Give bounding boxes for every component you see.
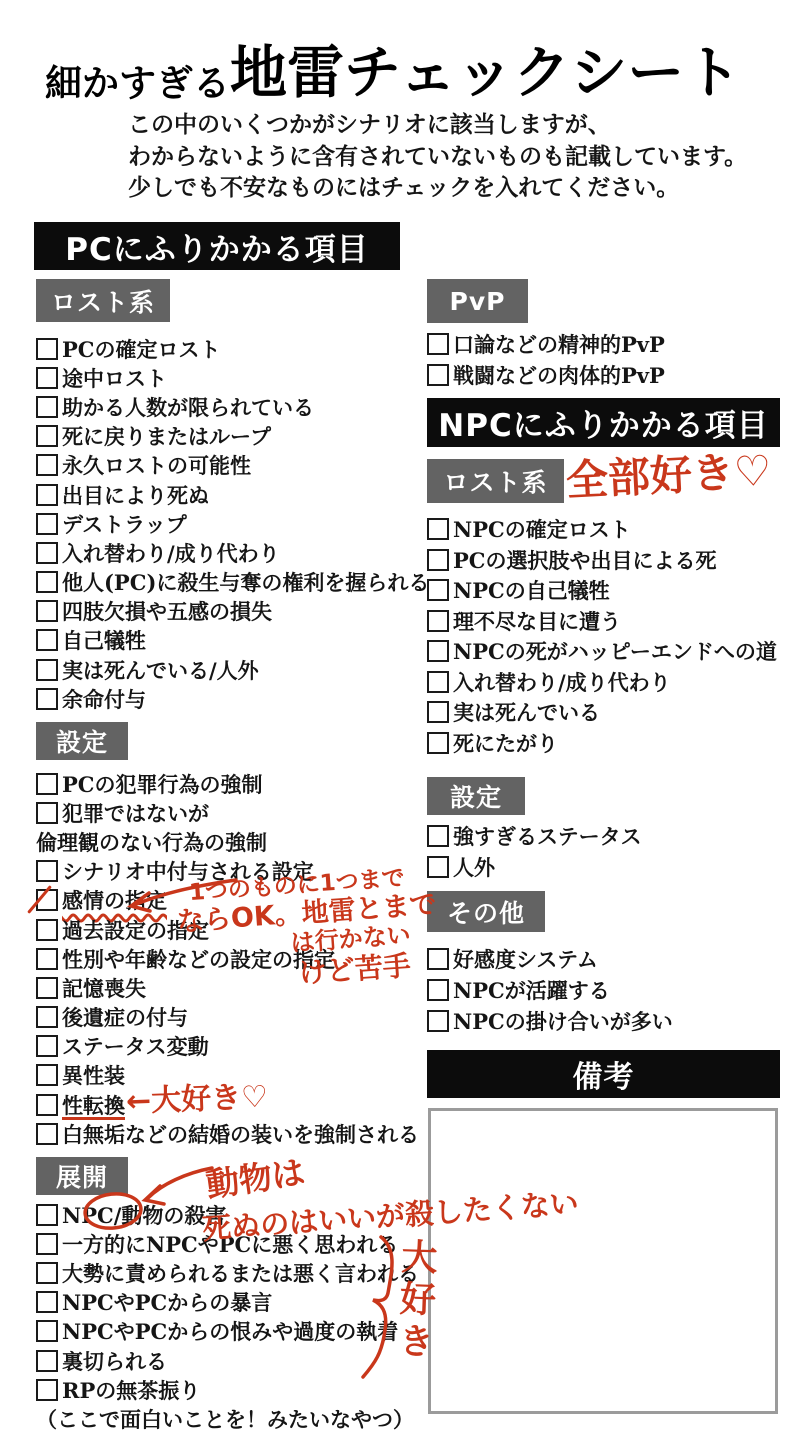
checkbox[interactable] — [427, 364, 449, 386]
checklist-item: 四肢欠損や五感の損失 — [36, 597, 429, 626]
checklist-item-label: 死に戻りまたはループ — [62, 421, 271, 451]
checklist-item: PCの確定ロスト — [36, 334, 429, 363]
checklist-item: 助かる人数が限られている — [36, 392, 429, 421]
pc-development-banner: 展開 — [36, 1157, 128, 1195]
checkbox[interactable] — [427, 610, 449, 632]
checklist-item-label: NPCやPCからの暴言 — [62, 1287, 272, 1317]
checkbox[interactable] — [427, 732, 449, 754]
npc-settings-list: 強すぎるステータス 人外 — [427, 821, 642, 882]
npc-lost-banner: ロスト系 — [427, 459, 564, 503]
checklist-item-label: NPCの自己犠牲 — [453, 575, 610, 605]
checkbox[interactable] — [36, 600, 58, 622]
checklist-item-label: 出目により死ぬ — [62, 480, 209, 510]
checkbox[interactable] — [36, 659, 58, 681]
checkbox[interactable] — [36, 1064, 58, 1086]
checkbox[interactable] — [427, 640, 449, 662]
checklist-item-label: 異性装 — [62, 1060, 125, 1090]
page-title: 細かすぎる 地雷チェックシート — [45, 45, 741, 102]
checklist-item: （ここで面白いことを！みたいなやつ） — [36, 1404, 419, 1433]
animal-annotation-line1: 動物は — [204, 1153, 307, 1204]
checkbox[interactable] — [36, 860, 58, 882]
checkbox[interactable] — [36, 802, 58, 824]
checklist-item: 自己犠牲 — [36, 626, 429, 655]
feelings-annotation: 1つのものに1つまで ならOK。地雷とまで は行かない けど苦手 — [174, 863, 441, 998]
checkbox[interactable] — [427, 671, 449, 693]
checkbox[interactable] — [427, 549, 449, 571]
checkbox[interactable] — [36, 484, 58, 506]
checklist-item-label: 他人(PC)に殺生与奪の権利を握られる — [62, 567, 429, 597]
pvp-banner: PvP — [427, 279, 528, 323]
checklist-item-label: PCの確定ロスト — [62, 334, 221, 364]
pc-section-header: PCにふりかかる項目 — [34, 222, 400, 270]
checklist-item: 死にたがり — [427, 728, 777, 759]
checklist-item: 死に戻りまたはループ — [36, 422, 429, 451]
checkbox[interactable] — [36, 1379, 58, 1401]
pc-settings-banner: 設定 — [36, 722, 128, 760]
checkbox[interactable] — [36, 338, 58, 360]
checklist-item-label: 大勢に責められるまたは悪く言われる — [62, 1258, 419, 1288]
checkbox[interactable] — [36, 1291, 58, 1313]
memo-box[interactable] — [428, 1108, 778, 1414]
checklist-item-label: NPCやPCからの恨みや過度の執着 — [62, 1316, 398, 1346]
checklist-item: NPCやPCからの暴言 — [36, 1288, 419, 1317]
checklist-item: PCの犯罪行為の強制 — [36, 769, 419, 798]
checklist-item-label: 理不尽な目に遭う — [453, 606, 621, 636]
npc-other-list: 好感度システム NPCが活躍する NPCの掛け合いが多い — [427, 943, 673, 1036]
checklist-item-label: NPCが活躍する — [453, 975, 610, 1005]
checklist-item-label: 犯罪ではないが — [62, 798, 209, 828]
checklist-item-label: ステータス変動 — [62, 1031, 209, 1061]
pc-lost-list: PCの確定ロスト 途中ロスト 助かる人数が限られている 死に戻りまたはループ 永… — [36, 334, 429, 713]
checkbox[interactable] — [36, 1035, 58, 1057]
checkbox[interactable] — [36, 1123, 58, 1145]
checklist-item-label: 戦闘などの肉体的PvP — [453, 360, 665, 390]
checklist-item: 出目により死ぬ — [36, 480, 429, 509]
zenbu-suki-annotation: 全部好き♡ — [565, 447, 773, 506]
checklist-item: 他人(PC)に殺生与奪の権利を握られる — [36, 568, 429, 597]
checklist-item-label: デストラップ — [62, 509, 187, 539]
trigger-checklist-sheet: 細かすぎる 地雷チェックシート この中のいくつかがシナリオに該当しますが、 わか… — [0, 0, 800, 1439]
checklist-item-label: 強すぎるステータス — [453, 821, 642, 851]
checklist-item: 入れ替わり/成り代わり — [427, 667, 777, 698]
checklist-item-label: 入れ替わり/成り代わり — [453, 667, 671, 697]
intro-line-3: 少しでも不安なものにはチェックを入れてください。 — [128, 172, 747, 204]
seitenkan-annotation: ←大好き♡ — [125, 1081, 268, 1120]
checklist-item: 余命付与 — [36, 684, 429, 713]
checklist-item: NPCの死がハッピーエンドへの道 — [427, 636, 777, 667]
checkbox[interactable] — [36, 542, 58, 564]
checklist-item: PCの選択肢や出目による死 — [427, 545, 777, 576]
checkbox[interactable] — [427, 701, 449, 723]
checklist-item: 実は死んでいる/人外 — [36, 655, 429, 684]
animal-arrow — [148, 1168, 212, 1198]
checklist-item-label: 人外 — [453, 852, 495, 882]
checklist-item-label: 実は死んでいる — [453, 697, 600, 727]
checkbox[interactable] — [427, 518, 449, 540]
npc-section-header: NPCにふりかかる項目 — [427, 398, 780, 447]
checkbox[interactable] — [36, 773, 58, 795]
checklist-item: NPCの自己犠牲 — [427, 575, 777, 606]
checklist-item: デストラップ — [36, 509, 429, 538]
checklist-item-label: NPCの掛け合いが多い — [453, 1006, 673, 1036]
checkbox[interactable] — [36, 919, 58, 941]
daisuki-vertical-annotation: 大好き — [392, 1237, 438, 1364]
checklist-item: 理不尽な目に遭う — [427, 606, 777, 637]
checklist-item: NPCが活躍する — [427, 974, 673, 1005]
checklist-item: RPの無茶振り — [36, 1375, 419, 1404]
checklist-item-label: 感情の指定 — [62, 885, 167, 915]
npc-other-banner: その他 — [427, 891, 545, 932]
intro-text: この中のいくつかがシナリオに該当しますが、 わからないように含有されていないもの… — [128, 109, 747, 204]
checkbox[interactable] — [36, 629, 58, 651]
checklist-item: 実は死んでいる — [427, 697, 777, 728]
checklist-item: 裏切られる — [36, 1346, 419, 1375]
page-title-prefix: 細かすぎる — [45, 65, 230, 102]
pc-lost-banner: ロスト系 — [36, 279, 170, 322]
checkbox[interactable] — [427, 825, 449, 847]
checklist-item: 入れ替わり/成り代わり — [36, 538, 429, 567]
checklist-item-label: 入れ替わり/成り代わり — [62, 538, 280, 568]
checkbox[interactable] — [36, 977, 58, 999]
checklist-item: 途中ロスト — [36, 363, 429, 392]
checklist-item-label: 白無垢などの結婚の装いを強制される — [62, 1119, 419, 1149]
memo-header: 備考 — [427, 1050, 780, 1098]
npc-lost-list: NPCの確定ロスト PCの選択肢や出目による死 NPCの自己犠牲 理不尽な目に遭… — [427, 514, 777, 758]
checklist-item: NPCの確定ロスト — [427, 514, 777, 545]
checklist-item-label: 記憶喪失 — [62, 973, 146, 1003]
checkbox[interactable] — [36, 1262, 58, 1284]
checklist-item-label: 性転換 — [62, 1090, 125, 1120]
checklist-item-label: 倫理観のない行為の強制 — [36, 827, 267, 857]
intro-line-1: この中のいくつかがシナリオに該当しますが、 — [128, 109, 747, 141]
checkbox[interactable] — [427, 1010, 449, 1032]
checkbox[interactable] — [36, 1006, 58, 1028]
checklist-item-label: 助かる人数が限られている — [62, 392, 314, 422]
checklist-item: 白無垢などの結婚の装いを強制される — [36, 1119, 419, 1148]
checklist-item-label: PCの選択肢や出目による死 — [453, 545, 717, 575]
checkbox[interactable] — [36, 889, 58, 911]
checklist-item: 後遺症の付与 — [36, 1003, 419, 1032]
checklist-item-label: 裏切られる — [62, 1346, 167, 1376]
checklist-item-label: 実は死んでいる/人外 — [62, 655, 259, 685]
checklist-item-label: 永久ロストの可能性 — [62, 450, 251, 480]
checklist-item-label: 自己犠牲 — [62, 625, 146, 655]
checklist-item: ステータス変動 — [36, 1032, 419, 1061]
checklist-item: 犯罪ではないが — [36, 798, 419, 827]
checklist-item: 口論などの精神的PvP — [427, 329, 665, 360]
checklist-item-label: （ここで面白いことを！みたいなやつ） — [36, 1404, 414, 1434]
checklist-item-label: 余命付与 — [62, 684, 146, 714]
checkbox[interactable] — [36, 396, 58, 418]
checklist-item: 強すぎるステータス — [427, 821, 642, 852]
checklist-item: 永久ロストの可能性 — [36, 451, 429, 480]
page-title-main: 地雷チェックシート — [230, 45, 741, 102]
checklist-item-label: NPCの確定ロスト — [453, 514, 631, 544]
checklist-item-label: 死にたがり — [453, 728, 558, 758]
checkbox[interactable] — [36, 367, 58, 389]
checklist-item-label: 四肢欠損や五感の損失 — [62, 596, 272, 626]
checklist-item-label: 好感度システム — [453, 944, 598, 974]
checkbox[interactable] — [36, 571, 58, 593]
checkbox[interactable] — [427, 579, 449, 601]
checkbox[interactable] — [36, 1350, 58, 1372]
intro-line-2: わからないように含有されていないものも記載しています。 — [128, 141, 747, 173]
checkbox[interactable] — [36, 1233, 58, 1255]
checklist-item: 好感度システム — [427, 943, 673, 974]
checkbox[interactable] — [36, 513, 58, 535]
checklist-item: NPCやPCからの恨みや過度の執着 — [36, 1317, 419, 1346]
checkbox[interactable] — [427, 333, 449, 355]
npc-settings-banner: 設定 — [427, 777, 525, 815]
checklist-item: 大勢に責められるまたは悪く言われる — [36, 1258, 419, 1287]
checklist-item-label: PCの犯罪行為の強制 — [62, 769, 263, 799]
checkbox[interactable] — [36, 948, 58, 970]
checklist-item-label: RPの無茶振り — [62, 1375, 200, 1405]
pvp-list: 口論などの精神的PvP 戦闘などの肉体的PvP — [427, 329, 665, 390]
checkbox[interactable] — [36, 454, 58, 476]
checklist-item: NPCの掛け合いが多い — [427, 1005, 673, 1036]
checklist-item-label: 口論などの精神的PvP — [453, 329, 665, 359]
checkbox[interactable] — [36, 688, 58, 710]
checklist-item-label: 後遺症の付与 — [62, 1002, 188, 1032]
checklist-item-label: 途中ロスト — [62, 363, 167, 393]
checkbox[interactable] — [36, 1094, 58, 1116]
checklist-item: 人外 — [427, 852, 642, 883]
checklist-item: 倫理観のない行為の強制 — [36, 827, 419, 856]
checklist-item-label: NPCの死がハッピーエンドへの道 — [453, 636, 777, 666]
checkbox[interactable] — [36, 1204, 58, 1226]
checkbox[interactable] — [36, 1320, 58, 1342]
checkbox[interactable] — [36, 425, 58, 447]
checkbox[interactable] — [427, 979, 449, 1001]
checklist-item: 戦闘などの肉体的PvP — [427, 360, 665, 391]
